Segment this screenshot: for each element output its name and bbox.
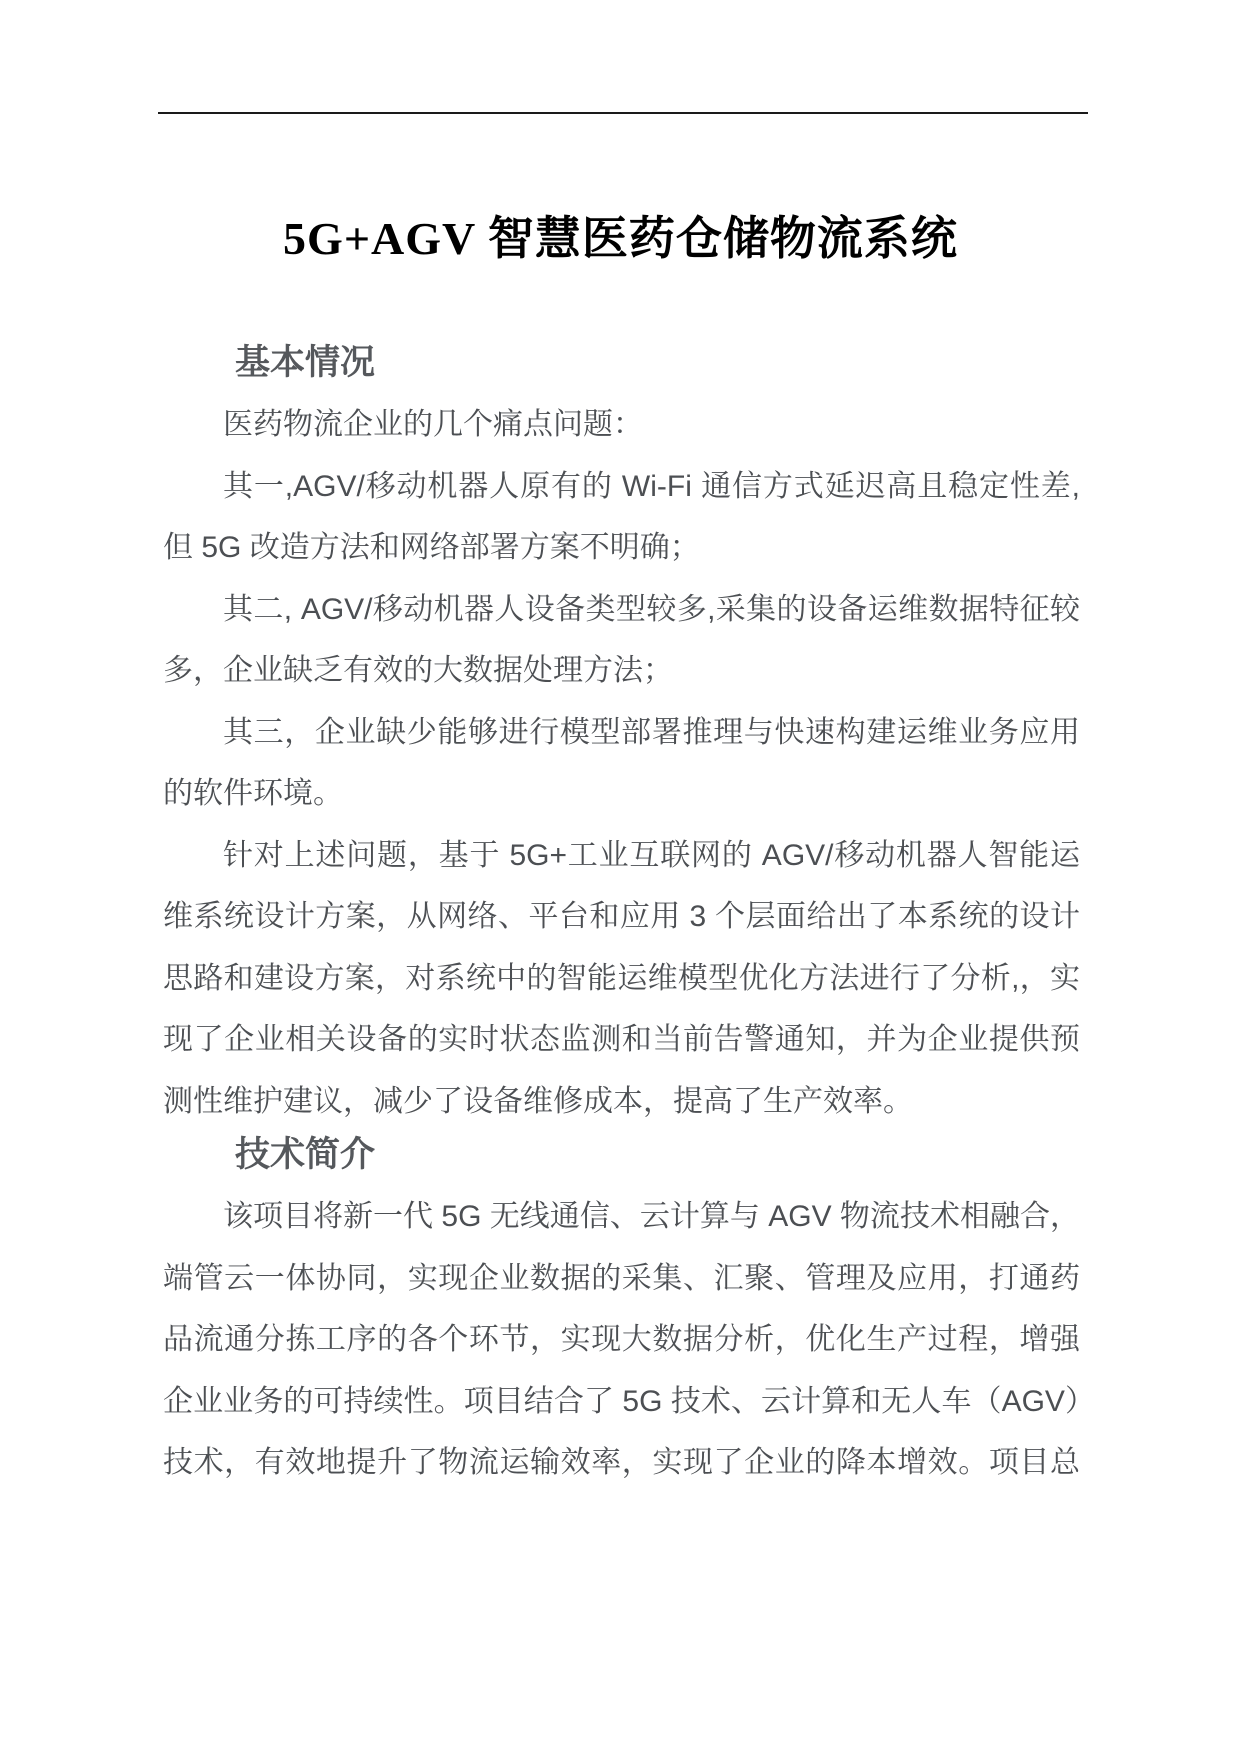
paragraph-pain-point-2: 其二, AGV/移动机器人设备类型较多,采集的设备运维数据特征较多，企业缺乏有效… (163, 579, 1080, 702)
section-heading-tech-intro: 技术简介 (163, 1124, 1080, 1186)
document-body: 基本情况 医药物流企业的几个痛点问题： 其一,AGV/移动机器人原有的 Wi-F… (163, 332, 1080, 1494)
paragraph-solution-overview: 针对上述问题，基于 5G+工业互联网的 AGV/移动机器人智能运维系统设计方案，… (163, 825, 1080, 1133)
header-rule (158, 112, 1088, 114)
paragraph-tech-description: 该项目将新一代 5G 无线通信、云计算与 AGV 物流技术相融合，端管云一体协同… (163, 1186, 1080, 1494)
section-heading-basic-info: 基本情况 (163, 332, 1080, 394)
document-title: 5G+AGV 智慧医药仓储物流系统 (0, 0, 1241, 268)
paragraph-pain-point-3: 其三，企业缺少能够进行模型部署推理与快速构建运维业务应用的软件环境。 (163, 702, 1080, 825)
paragraph-pain-points-intro: 医药物流企业的几个痛点问题： (163, 394, 1080, 456)
paragraph-pain-point-1: 其一,AGV/移动机器人原有的 Wi-Fi 通信方式延迟高且稳定性差,但 5G … (163, 456, 1080, 579)
document-page: 5G+AGV 智慧医药仓储物流系统 基本情况 医药物流企业的几个痛点问题： 其一… (0, 0, 1241, 1754)
